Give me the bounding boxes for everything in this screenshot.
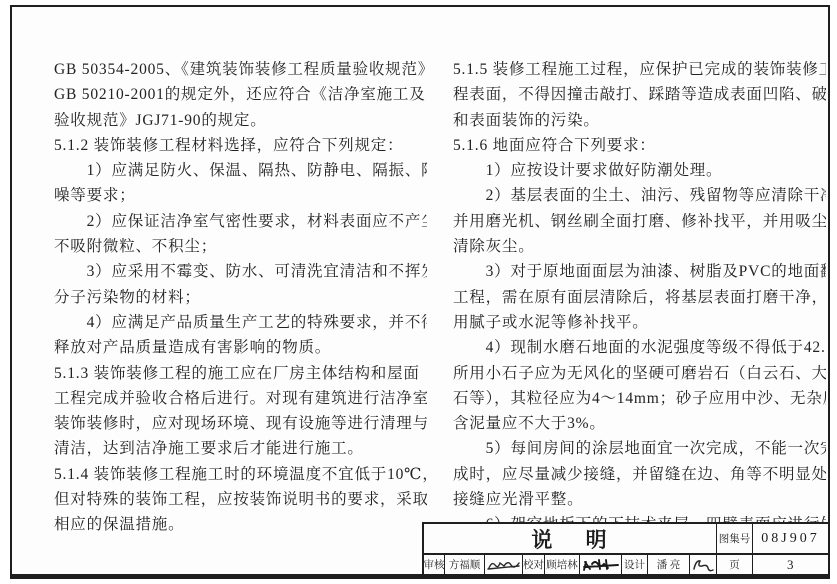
page-frame: GB 50354-2005、《建筑装饰装修工程质量验收规范》GB 50210-2… (10, 5, 830, 579)
text-line: 分子污染物的材料； (54, 285, 427, 310)
text-line: 1）应按设计要求做好防潮处理。 (453, 158, 826, 183)
text-line: 成时，应尽量减少接缝，并留缝在边、角等不明显处， (453, 462, 826, 487)
text-line: 程表面，不得因撞击敲打、踩踏等造成表面凹陷、破损 (453, 82, 826, 107)
text-line: 和表面装饰的污染。 (453, 108, 826, 133)
auditor-label: 审核 (424, 555, 444, 574)
text-line: 3）应采用不霉变、防水、可清洗宜清洁和不挥发 (54, 259, 427, 284)
checker-signature-icon (579, 555, 621, 574)
text-line: 相应的保温措施。 (54, 512, 427, 537)
text-line: 5.1.2 装饰装修工程材料选择，应符合下列规定： (54, 133, 427, 158)
text-line: 4）现制水磨石地面的水泥强度等级不得低于42.5， (453, 335, 826, 360)
text-line: 石等），其粒径应为4～14mm；砂子应用中沙、无杂质， (453, 386, 826, 411)
text-line: 但对特殊的装饰工程，应按装饰说明书的要求，采取 (54, 487, 427, 512)
text-line: 并用磨光机、钢丝刷全面打磨、修补找平，并用吸尘器 (453, 209, 826, 234)
text-line: 2）应保证洁净室气密性要求，材料表面应不产尘、 (54, 209, 427, 234)
text-line: 2）基层表面的尘土、油污、残留物等应清除干净， (453, 183, 826, 208)
text-line: 装饰装修时，应对现场环境、现有设施等进行清理与 (54, 411, 427, 436)
designer-label: 设计 (621, 555, 647, 574)
title-block: 说 明 图集号 08J907 审核 方福顺 校对 顾培林 设计 潘 亮 (422, 522, 828, 574)
text-line: 工程完成并验收合格后进行。对现有建筑进行洁净室 (54, 386, 427, 411)
text-line: 5）每间房间的涂层地面宜一次完成，不能一次完 (453, 436, 826, 461)
text-line: 接缝应光滑平整。 (453, 487, 826, 512)
text-line: 释放对产品质量造成有害影响的物质。 (54, 335, 427, 360)
text-line: 5.1.4 装饰装修工程施工时的环境温度不宜低于10℃， (54, 462, 427, 487)
designer-signature-icon (689, 555, 716, 574)
text-line: 工程，需在原有面层清除后，将基层表面打磨干净，并 (453, 285, 826, 310)
text-line: 5.1.6 地面应符合下列要求： (453, 133, 826, 158)
sheet-title: 说 明 (424, 524, 716, 553)
text-line: 1）应满足防火、保温、隔热、防静电、隔振、降 (54, 158, 427, 183)
text-body: GB 50354-2005、《建筑装饰装修工程质量验收规范》GB 50210-2… (54, 57, 822, 538)
text-line: 5.1.3 装饰装修工程的施工应在厂房主体结构和屋面 (54, 361, 427, 386)
designer-name: 潘 亮 (647, 555, 689, 574)
text-line: 含泥量应不大于3%。 (453, 411, 826, 436)
atlas-number-value: 08J907 (752, 524, 828, 553)
text-line: 噪等要求； (54, 183, 427, 208)
page-number-value: 3 (752, 555, 828, 574)
checker-label: 校对 (522, 555, 544, 574)
text-line: GB 50210-2001的规定外，还应符合《洁净室施工及 (54, 82, 427, 107)
title-block-top-row: 说 明 图集号 08J907 (424, 524, 828, 555)
text-line: 清洁，达到洁净施工要求后才能进行施工。 (54, 436, 427, 461)
text-line: 用腻子或水泥等修补找平。 (453, 310, 826, 335)
page-number-label: 页 (716, 555, 752, 574)
atlas-number-label: 图集号 (716, 524, 752, 553)
auditor-name: 方福顺 (444, 555, 484, 574)
text-line: GB 50354-2005、《建筑装饰装修工程质量验收规范》 (54, 57, 427, 82)
text-line: 所用小石子应为无风化的坚硬可磨岩石（白云石、大理 (453, 361, 826, 386)
auditor-signature-icon (484, 555, 522, 574)
checker-name: 顾培林 (544, 555, 579, 574)
text-line: 验收规范》JGJ71-90的规定。 (54, 108, 427, 133)
text-line: 3）对于原地面面层为油漆、树脂及PVC的地面翻修 (453, 259, 826, 284)
title-block-bottom-row: 审核 方福顺 校对 顾培林 设计 潘 亮 页 3 (424, 555, 828, 574)
text-column-right: 5.1.5 装修工程施工过程，应保护已完成的装饰装修工程表面，不得因撞击敲打、踩… (453, 57, 826, 538)
text-line: 4）应满足产品质量生产工艺的特殊要求，并不得 (54, 310, 427, 335)
text-line: 5.1.5 装修工程施工过程，应保护已完成的装饰装修工 (453, 57, 826, 82)
text-column-left: GB 50354-2005、《建筑装饰装修工程质量验收规范》GB 50210-2… (54, 57, 427, 538)
text-line: 不吸附微粒、不积尘； (54, 234, 427, 259)
text-line: 清除灰尘。 (453, 234, 826, 259)
